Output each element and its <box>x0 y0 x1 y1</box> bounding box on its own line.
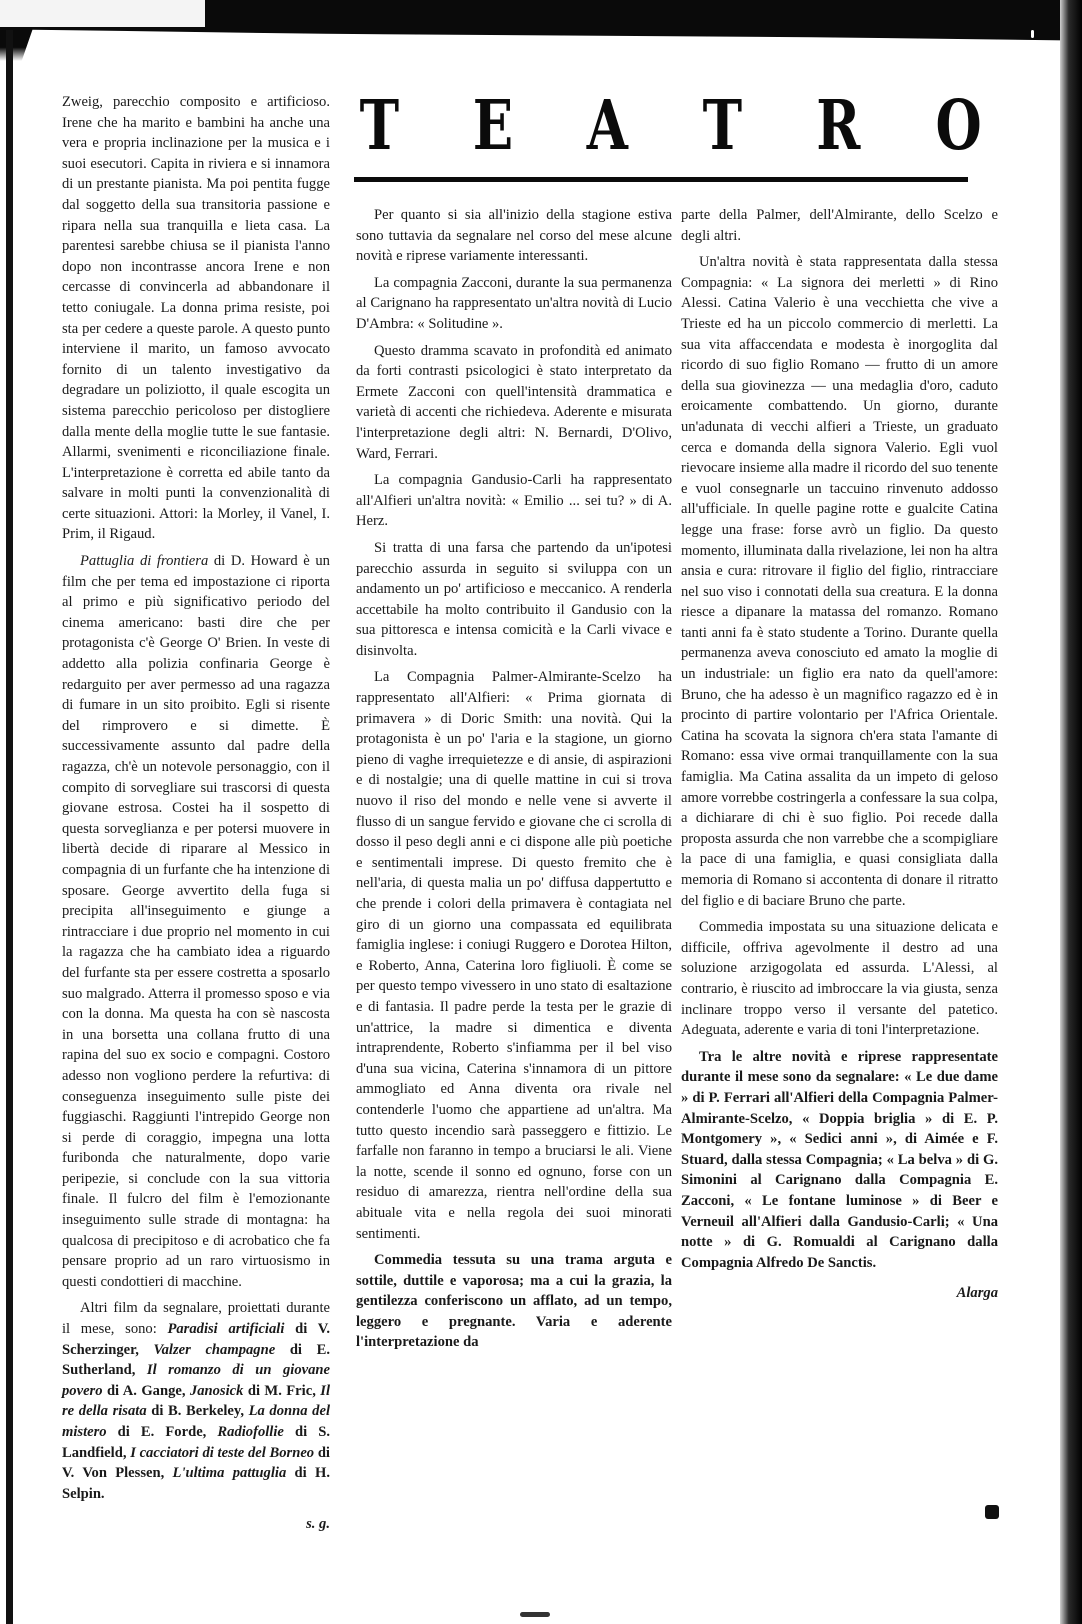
paragraph-pattuglia: Pattuglia di frontiera di D. Howard è un… <box>62 551 330 1292</box>
paragraph: Si tratta di una farsa che partendo da u… <box>356 538 672 662</box>
masthead-letter: A <box>587 92 628 160</box>
paragraph: Questo dramma scavato in profondità ed a… <box>356 341 672 465</box>
author-signature: s. g. <box>62 1514 330 1535</box>
film-title: Janosick <box>190 1383 244 1399</box>
masthead-letter: T <box>360 92 399 160</box>
film-title: Valzer champagne <box>154 1342 276 1358</box>
masthead-title: T E A T R O <box>352 92 990 160</box>
author-signature: Alarga <box>681 1283 998 1304</box>
film-title: I cacciatori di teste del Borneo <box>130 1445 314 1461</box>
paragraph-text: di D. Howard è un film che per tema ed i… <box>62 553 330 1290</box>
scan-smudge <box>520 1612 550 1617</box>
paragraph-other-films: Altri film da segnalare, proiettati dura… <box>62 1298 330 1504</box>
page-marker <box>985 1505 999 1519</box>
paragraph: Zweig, parecchio composito e artificioso… <box>62 92 330 545</box>
film-director: di A. Gange, <box>103 1383 190 1399</box>
paragraph: La compagnia Zacconi, durante la sua per… <box>356 273 672 335</box>
film-title: L'ultima pattuglia <box>173 1465 287 1481</box>
masthead-letter: T <box>702 92 741 160</box>
masthead-letter: E <box>473 92 513 160</box>
paragraph: parte della Palmer, dell'Almirante, dell… <box>681 205 998 246</box>
masthead-underline <box>354 177 968 182</box>
left-column: Zweig, parecchio composito e artificioso… <box>62 92 330 1535</box>
middle-column: Per quanto si sia all'inizio della stagi… <box>356 205 672 1359</box>
paragraph: La Compagnia Palmer-Almirante-Scelzo ha … <box>356 667 672 1244</box>
film-title: Radiofollie <box>217 1424 283 1440</box>
paragraph: Commedia tessuta su una trama arguta e s… <box>356 1250 672 1353</box>
scan-border-right <box>1060 0 1082 1624</box>
film-title: Pattuglia di frontiera <box>80 553 208 569</box>
paragraph: Un'altra novità è stata rappresentata da… <box>681 252 998 911</box>
paragraph: Per quanto si sia all'inizio della stagi… <box>356 205 672 267</box>
masthead-letter: O <box>935 92 981 160</box>
paragraph: Commedia impostata su una situazione del… <box>681 917 998 1041</box>
film-director: di M. Fric, <box>243 1383 320 1399</box>
paragraph: Tra le altre novità e riprese rappresent… <box>681 1047 998 1274</box>
film-director: di E. Forde, <box>107 1424 218 1440</box>
magazine-page: Zweig, parecchio composito e artificioso… <box>0 0 1060 1624</box>
section-masthead: T E A T R O <box>352 92 990 184</box>
film-director: di B. Berkeley, <box>147 1403 249 1419</box>
masthead-letter: R <box>816 92 860 160</box>
paragraph: La compagnia Gandusio-Carli ha rappresen… <box>356 470 672 532</box>
film-title: Paradisi artificiali <box>167 1321 284 1337</box>
right-column: parte della Palmer, dell'Almirante, dell… <box>681 205 998 1304</box>
